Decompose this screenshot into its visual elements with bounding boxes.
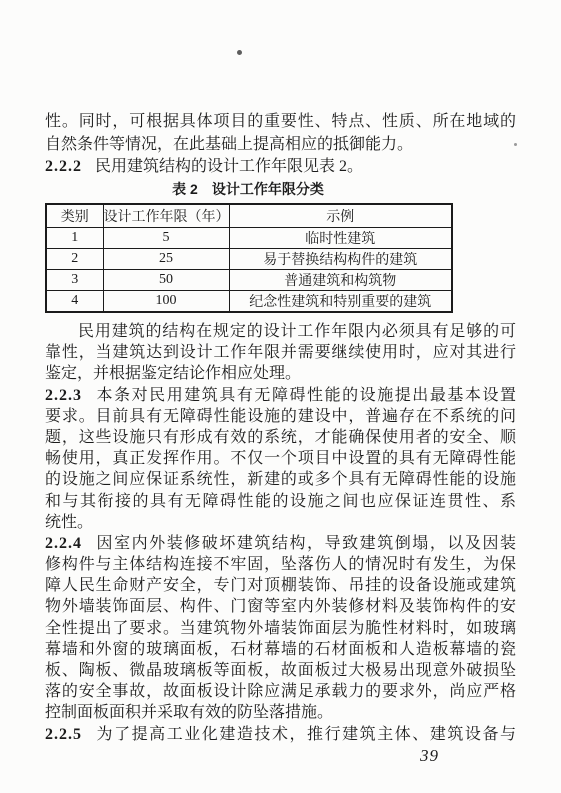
table-cell: 100 (103, 290, 229, 312)
table-cell: 纪念性建筑和特别重要的建筑 (229, 290, 452, 312)
clause-text: 民用建筑结构的设计工作年限见表 2。 (95, 158, 363, 175)
table-caption: 表 2 设计工作年限分类 (45, 180, 451, 198)
page-number: 39 (420, 746, 460, 766)
text-line: 障人民生命财产安全，专门对顶棚装饰、吊挂的设备设施或建筑 (45, 575, 516, 596)
text-line: 自然条件等情况，在此基础上提高相应的抵御能力。 (45, 134, 516, 157)
text-line: 和与其衔接的具有无障碍性能的设施之间也应保证连贯性、系 (45, 491, 516, 512)
table-cell: 普通建筑和构筑物 (229, 269, 452, 290)
text-line: 落的安全事故，故面板设计除应满足承载力的要求外，尚应严格 (45, 681, 516, 702)
table-cell: 1 (46, 227, 103, 248)
text-line: 2.2.3本条对民用建筑具有无障碍性能的设施提出最基本设置 (45, 385, 516, 406)
text-line: 性。同时，可根据具体项目的重要性、特点、性质、所在地域的 (45, 111, 516, 134)
table-row: 350普通建筑和构筑物 (46, 269, 452, 290)
table-cell: 临时性建筑 (229, 227, 452, 248)
table-cell: 25 (103, 248, 229, 269)
text-line: 鉴定，并根据鉴定结论作相应处理。 (45, 363, 516, 384)
text-line: 板、陶板、微晶玻璃板等面板，故面板过大极易出现意外破损坠 (45, 660, 516, 681)
text-line: 民用建筑的结构在规定的设计工作年限内必须具有足够的可 (45, 321, 516, 342)
text-line: 2.2.4因室内外装修破坏建筑结构，导致建筑倒塌，以及因装 (45, 533, 516, 554)
table-cell: 3 (46, 269, 103, 290)
table-cell: 2 (46, 248, 103, 269)
design-working-life-table: 类别设计工作年限（年）示例 15临时性建筑225易于替换结构构件的建筑350普通… (45, 203, 453, 313)
text-line: 修构件与主体结构连接不牢固，坠落伤人的情况时有发生，为保 (45, 554, 516, 575)
scan-speck (237, 50, 242, 55)
clause-text: 本条对民用建筑具有无障碍性能的设施提出最基本设置 (95, 387, 516, 404)
table-row: 15临时性建筑 (46, 227, 452, 248)
text-line: 全性提出了要求。当建筑物外墙装饰面层为脆性材料时，如玻璃 (45, 618, 516, 639)
clause-text: 为了提高工业化建造技术，推行建筑主体、建筑设备与 (95, 726, 516, 743)
text-line: 2.2.2民用建筑结构的设计工作年限见表 2。 (45, 156, 516, 179)
text-line: 靠性，当建筑达到设计工作年限并需要继续使用时，应对其进行 (45, 342, 516, 363)
text-line: 的设施之间应保证系统性，新建的或多个具有无障碍性能的设施 (45, 469, 516, 490)
text-line: 物外墙装饰面层、构件、门窗等室内外装修材料及装饰构件的安 (45, 596, 516, 617)
text-line: 控制面板面积并采取有效的防坠落措施。 (45, 702, 516, 723)
clause-text: 因室内外装修破坏建筑结构，导致建筑倒塌，以及因装 (95, 535, 516, 552)
clause-number: 2.2.4 (45, 535, 82, 552)
table-cell: 50 (103, 269, 229, 290)
paragraph-block-main: 民用建筑的结构在规定的设计工作年限内必须具有足够的可靠性，当建筑达到设计工作年限… (45, 321, 516, 745)
clause-number: 2.2.3 (45, 387, 82, 404)
text-line: 幕墙和外窗的玻璃面板，石材幕墙的石材面板和人造板幕墙的瓷 (45, 639, 516, 660)
table-row: 225易于替换结构构件的建筑 (46, 248, 452, 269)
table-row: 4100纪念性建筑和特别重要的建筑 (46, 290, 452, 312)
paragraph-block-top: 性。同时，可根据具体项目的重要性、特点、性质、所在地域的自然条件等情况，在此基础… (45, 111, 516, 179)
table-cell: 4 (46, 290, 103, 312)
text-line: 畅使用，真正发挥作用。不仅一个项目中设置的具有无障碍性能 (45, 448, 516, 469)
table-cell: 5 (103, 227, 229, 248)
table-header-cell: 设计工作年限（年） (103, 204, 229, 227)
text-line: 要求。目前具有无障碍性能设施的建设中，普遍存在不系统的问 (45, 406, 516, 427)
document-page: 性。同时，可根据具体项目的重要性、特点、性质、所在地域的自然条件等情况，在此基础… (0, 0, 561, 793)
table-header-row: 类别设计工作年限（年）示例 (46, 204, 452, 227)
table-header-cell: 示例 (229, 204, 452, 227)
table-cell: 易于替换结构构件的建筑 (229, 248, 452, 269)
text-line: 题，这些设施只有形成有效的系统，才能确保使用者的安全、顺 (45, 427, 516, 448)
clause-number: 2.2.5 (45, 726, 82, 743)
text-line: 2.2.5为了提高工业化建造技术，推行建筑主体、建筑设备与 (45, 724, 516, 745)
table-header-cell: 类别 (46, 204, 103, 227)
clause-number: 2.2.2 (45, 158, 82, 175)
text-line: 统性。 (45, 512, 516, 533)
